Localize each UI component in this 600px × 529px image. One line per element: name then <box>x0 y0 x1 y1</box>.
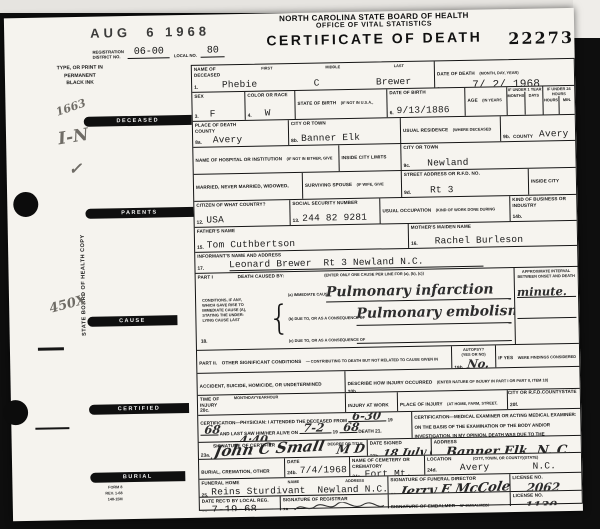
field-if-under-1-year: IF UNDER 1 YEAR MONTHSDAYS <box>506 86 543 115</box>
val-cemetery: Fort Mt. <box>365 468 412 476</box>
field-color-or-race: COLOR OR RACE 4.W <box>244 91 295 120</box>
val-burial-date: 7/4/1968 <box>300 464 347 476</box>
num-18: 18. <box>201 339 208 344</box>
certificate-number: 22273 <box>508 28 574 48</box>
field-burial-date: DATE 24b.7/4/1968 <box>284 457 349 477</box>
field-embalmer-license: LICENSE NO. 1130 <box>510 491 582 506</box>
registration-district-value: 06-00 <box>128 46 170 59</box>
field-injury-at-work: INJURY AT WORK(SPECIFY YES OR NO) 20d. <box>345 392 397 412</box>
field-funeral-director-signature: SIGNATURE OF FUNERAL DIRECTOR 26. Jerry … <box>387 474 509 493</box>
field-mother-name: MOTHER'S MAIDEN NAME 16.Rachel Burleson <box>408 221 577 248</box>
field-name-of-deceased: NAME OF DECEASED FIRST MIDDLE LAST 1. Ph… <box>192 61 434 91</box>
field-describe-injury: DESCRIBE HOW INJURY OCCURRED (ENTER NATU… <box>344 367 579 392</box>
field-father-name: FATHER'S NAME 15.Tom Cuthbertson <box>195 224 408 252</box>
val-last-name: Brewer <box>355 75 432 87</box>
field-time-of-injury: TIME OF INJURY MONTH DAY YEAR HOUR 20c. <box>198 393 345 415</box>
val-death-city: Banner Elk <box>301 132 360 144</box>
certificate-page: AUG 6 1968 REGISTRATIONDISTRICT NO. 06-0… <box>4 8 583 521</box>
field-if-under-24-hours: IF UNDER 24 HOURS HOURSMIN. <box>542 86 575 115</box>
val-cause-b: Pulmonary embolism <box>356 303 515 322</box>
field-hospital: NAME OF HOSPITAL OR INSTITUTION (IF NOT … <box>193 145 338 174</box>
lbl-immediate-cause: (a) IMMEDIATE CAUSE <box>288 291 330 297</box>
val-last-seen: 7-2 <box>302 421 324 435</box>
tab-burial: BURIAL <box>90 471 185 483</box>
val-burial-state: N.C. <box>509 460 579 472</box>
lbl-months: MONTHS <box>507 92 524 115</box>
lbl-name: NAME OF DECEASED <box>194 66 234 78</box>
lbl-days: DAYS <box>524 91 542 114</box>
lbl-hours: HOURS <box>543 96 558 114</box>
lbl-due-to-c: (c) DUE TO, OR AS A CONSEQUENCE OF <box>289 336 366 342</box>
pencil-checkmark: ✓ <box>68 159 82 178</box>
field-date-signed: DATE SIGNED 23b. 18 July 68 <box>367 439 431 456</box>
field-certification-physician: CERTIFICATION—PHYSICIAN: I ATTENDED THE … <box>198 412 411 442</box>
form-number-note: FORM 8REV. 1-68148-15M <box>88 484 122 503</box>
pencil-note-2: I-N <box>57 125 90 150</box>
field-signature-of-certifier: 23a. SIGNATURE OF CERTIFIER DEGREE OR TI… <box>199 440 367 459</box>
field-date-of-birth: DATE OF BIRTH 6.9/13/1886 <box>386 88 465 117</box>
field-state-of-birth: STATE OF BIRTH (IF NOT IN U.S.A., NAME C… <box>294 89 386 119</box>
lbl-conditions: CONDITIONS, IF ANY,WHICH GAVE RISE TO IM… <box>202 296 264 322</box>
lbl-first: FIRST <box>234 65 300 78</box>
field-certification-medical-examiner: CERTIFICATION—MEDICAL EXAMINER OR ACTING… <box>411 409 580 438</box>
line-cause-a: Pulmonary infarction <box>326 280 511 302</box>
tab-parents: PARENTS <box>85 207 193 219</box>
line-cause-c <box>357 324 512 344</box>
field-inside-city-limits-residence: INSIDE CITY LIMITS(SPECIFY YES OR NO) 9e… <box>528 168 576 195</box>
certifier-signature: John C Small <box>213 440 326 459</box>
field-embalmer-signature: SIGNATURE OF EMBALMER (IF EMBALMED) 29. <box>388 492 510 508</box>
val-attended-from-year: 68 <box>204 423 222 437</box>
field-cemetery: NAME OF CEMETERY OR CREMATORY 24c.Fort M… <box>349 456 424 476</box>
field-date-received: DATE REC'D BY LOCAL REG. 27. 7-19-68 <box>200 496 280 511</box>
val-death-county: Avery <box>213 134 243 146</box>
field-burial-location: LOCATION (CITY, TOWN, OR COUNTY) (STATE)… <box>424 453 581 475</box>
line-cause-b: Pulmonary embolism <box>356 302 511 326</box>
field-age: AGE (IN YEARS LAST BIRTHDAY) 7.81 <box>464 87 507 116</box>
val-middle-name: C <box>278 77 355 89</box>
lbl-due-to-b: (b) DUE TO, OR AS A CONSEQUENCE OF <box>288 314 365 320</box>
field-inside-city-limits-death: INSIDE CITY LIMITS(SPECIFY YES OR NO) 8d… <box>338 144 400 171</box>
scanned-document: AUG 6 1968 REGISTRATIONDISTRICT NO. 06-0… <box>0 0 600 529</box>
tab-certified: CERTIFIED <box>89 403 189 415</box>
field-place-of-injury: PLACE OF INJURY (AT HOME, FARM, STREET, … <box>397 390 507 411</box>
field-injury-location: CITY OR R.F.D. COUNTY STATE 20f. <box>507 389 580 409</box>
lbl-min: MIN. <box>558 96 574 114</box>
field-director-license: LICENSE NO. 2062 <box>509 473 581 491</box>
field-other-significant-conditions: PART II. OTHER SIGNIFICANT CONDITIONS — … <box>197 346 451 373</box>
field-street-address: STREET ADDRESS OR R.F.D. NO. 9d.Rt 3 <box>401 169 528 197</box>
field-surviving-spouse: SURVIVING SPOUSE (IF WIFE, GIVE MAIDEN N… <box>302 171 401 199</box>
val-immediate-cause: Pulmonary infarction <box>326 281 494 300</box>
field-industry: KIND OF BUSINESS OR INDUSTRY 14b. <box>509 195 576 221</box>
section-cause-of-death: PART I DEATH CAUSED BY: (ENTER ONLY ONE … <box>196 268 515 350</box>
blank-last-seen: 7-2 <box>299 426 331 435</box>
ink-instruction: TYPE, OR PRINT INPERMANENTBLACK INK <box>47 64 113 88</box>
val-first-name: Phebie <box>201 78 278 90</box>
tab-cause: CAUSE <box>87 315 177 327</box>
val-death-time: 4:40 <box>239 433 269 442</box>
val-citizen: USA <box>206 214 224 225</box>
field-registrar-signature: SIGNATURE OF REGISTRAR 28. <box>280 494 388 510</box>
ink-mark-2 <box>35 427 69 430</box>
field-citizen: CITIZEN OF WHAT COUNTRY? 12.USA <box>194 200 289 227</box>
field-certifier-address: ADDRESS 23c. Banner Elk, N. C. <box>431 436 581 455</box>
field-place-of-death-county: PLACE OF DEATH COUNTY 8a.Avery <box>193 120 288 147</box>
val-interval-a: minute. <box>517 284 567 299</box>
blank-last-seen-year: 68 <box>339 425 357 433</box>
val-date-of-birth: 9/13/1886 <box>397 104 450 116</box>
field-occupation: USUAL OCCUPATION (KIND OF WORK DONE DURI… <box>379 196 509 223</box>
certifier-degree: M D <box>335 441 366 457</box>
field-funeral-home: FUNERAL HOME NAME ADDRESS 25. Reins Stur… <box>199 476 387 496</box>
field-accident-suicide-homicide: ACCIDENT, SUICIDE, HOMICIDE, OR UNDETERM… <box>197 371 344 395</box>
col-approximate-interval: APPROXIMATE INTERVAL BETWEEN ONSET AND D… <box>514 267 579 344</box>
val-residence-county: Avery <box>539 128 569 140</box>
field-place-of-death-city: CITY OR TOWN 8b.Banner Elk <box>288 118 400 145</box>
val-embalmer-license: 1130 <box>524 498 558 506</box>
line-interval-b <box>517 305 576 319</box>
brace-glyph: { <box>268 298 290 338</box>
val-sex: F <box>210 108 216 119</box>
val-burial-county: Avery <box>440 461 510 473</box>
registration-district-label: REGISTRATIONDISTRICT NO. <box>92 49 124 60</box>
field-autopsy: AUTOPSY? (YES OR NO) 19b. No. <box>451 345 495 368</box>
lbl-last: LAST <box>366 62 432 75</box>
val-father-name: Tom Cuthbertson <box>207 238 296 251</box>
lbl-part1: PART I <box>198 274 238 280</box>
ink-mark-1 <box>38 347 64 350</box>
line-interval-a: minute. <box>517 282 576 298</box>
field-residence-state: USUAL RESIDENCE (WHERE DECEASED LIVED. I… <box>400 116 500 143</box>
val-director-license: 2062 <box>526 480 561 491</box>
val-street-address: Rt 3 <box>430 184 454 195</box>
page-title: CERTIFICATE OF DEATH <box>209 28 539 50</box>
field-sex: SEX 3.F <box>192 92 245 121</box>
hole-punch-top <box>13 192 38 217</box>
val-race: W <box>265 107 271 118</box>
blank-attended-from-year: 68 <box>200 428 218 436</box>
field-burial-cremation: BURIAL, CREMATION, OTHER (SPECIFY) 24a.B… <box>199 458 284 479</box>
lbl-death-caused-by: DEATH CAUSED BY: <box>238 273 285 280</box>
tab-deceased: DECEASED <box>84 115 192 127</box>
field-marital-status: MARRIED, NEVER MARRIED, WIDOWED, DIVORCE… <box>194 173 302 201</box>
field-date-of-death: DATE OF DEATH (MONTH, DAY, YEAR) 2. 7/ 2… <box>434 59 574 88</box>
val-date-signed: 18 July 68 <box>381 444 431 456</box>
field-residence-county: 9b.COUNTYAvery <box>500 115 575 141</box>
pencil-note-1: 1663 <box>54 96 87 118</box>
val-residence-city: Newland <box>427 157 469 169</box>
field-ssn: SOCIAL SECURITY NUMBER 13.244 82 9281 <box>289 198 379 225</box>
val-date-received: 7-19-68 <box>211 503 257 511</box>
field-residence-city: CITY OR TOWN 9c.Newland <box>400 141 575 170</box>
hole-punch-bottom <box>3 400 28 425</box>
registrar-signature <box>292 501 384 510</box>
date-received-stamp: AUG 6 1968 <box>90 24 210 41</box>
val-autopsy: No. <box>466 356 490 368</box>
local-no-label: LOCAL NO. <box>174 53 197 58</box>
field-findings-considered: IF YES WERE FINDINGS CONSIDERED IN DETER… <box>495 344 579 368</box>
lbl-middle: MIDDLE <box>300 64 366 77</box>
form-header: NORTH CAROLINA STATE BOARD OF HEALTH OFF… <box>209 10 540 50</box>
scanner-corner <box>573 0 600 38</box>
val-last-seen-year: 68 <box>342 420 360 434</box>
val-mother-name: Rachel Burleson <box>435 234 524 247</box>
val-ssn: 244 82 9281 <box>302 212 367 224</box>
certificate-form: NAME OF DECEASED FIRST MIDDLE LAST 1. Ph… <box>191 58 583 511</box>
